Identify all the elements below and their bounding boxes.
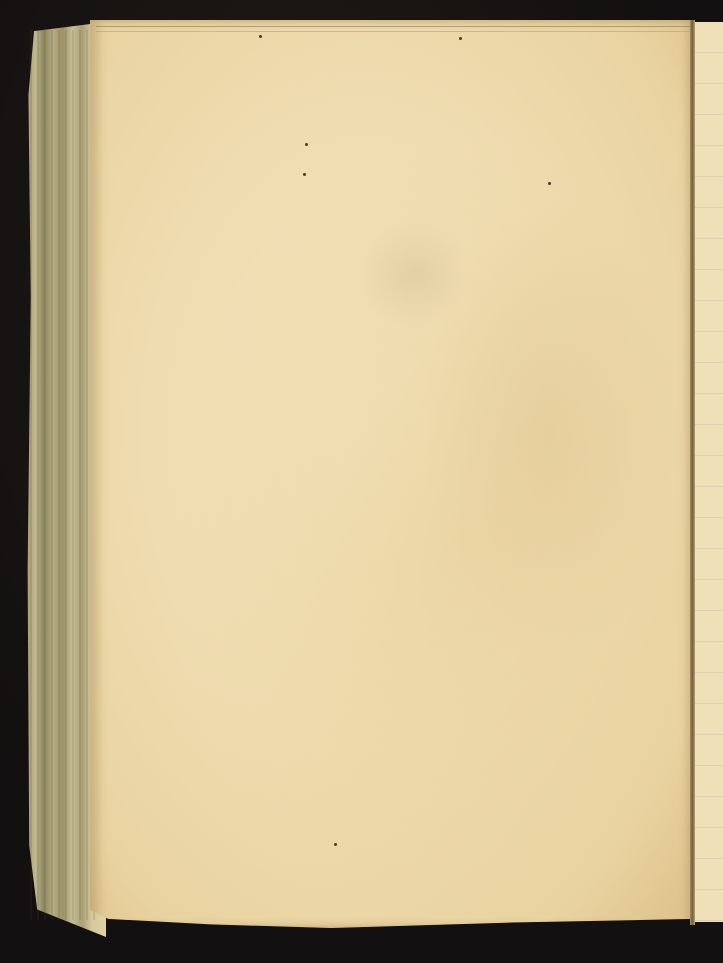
right-page-sliver (695, 22, 723, 922)
speck (459, 37, 462, 40)
speck (305, 143, 308, 146)
speck (259, 35, 262, 38)
speck (334, 843, 337, 846)
page-top-edge (96, 26, 690, 32)
page-block-texture (30, 30, 100, 920)
speck (548, 182, 551, 185)
blank-left-page (90, 20, 693, 928)
speck (303, 173, 306, 176)
bleed-through-mark (360, 220, 470, 330)
